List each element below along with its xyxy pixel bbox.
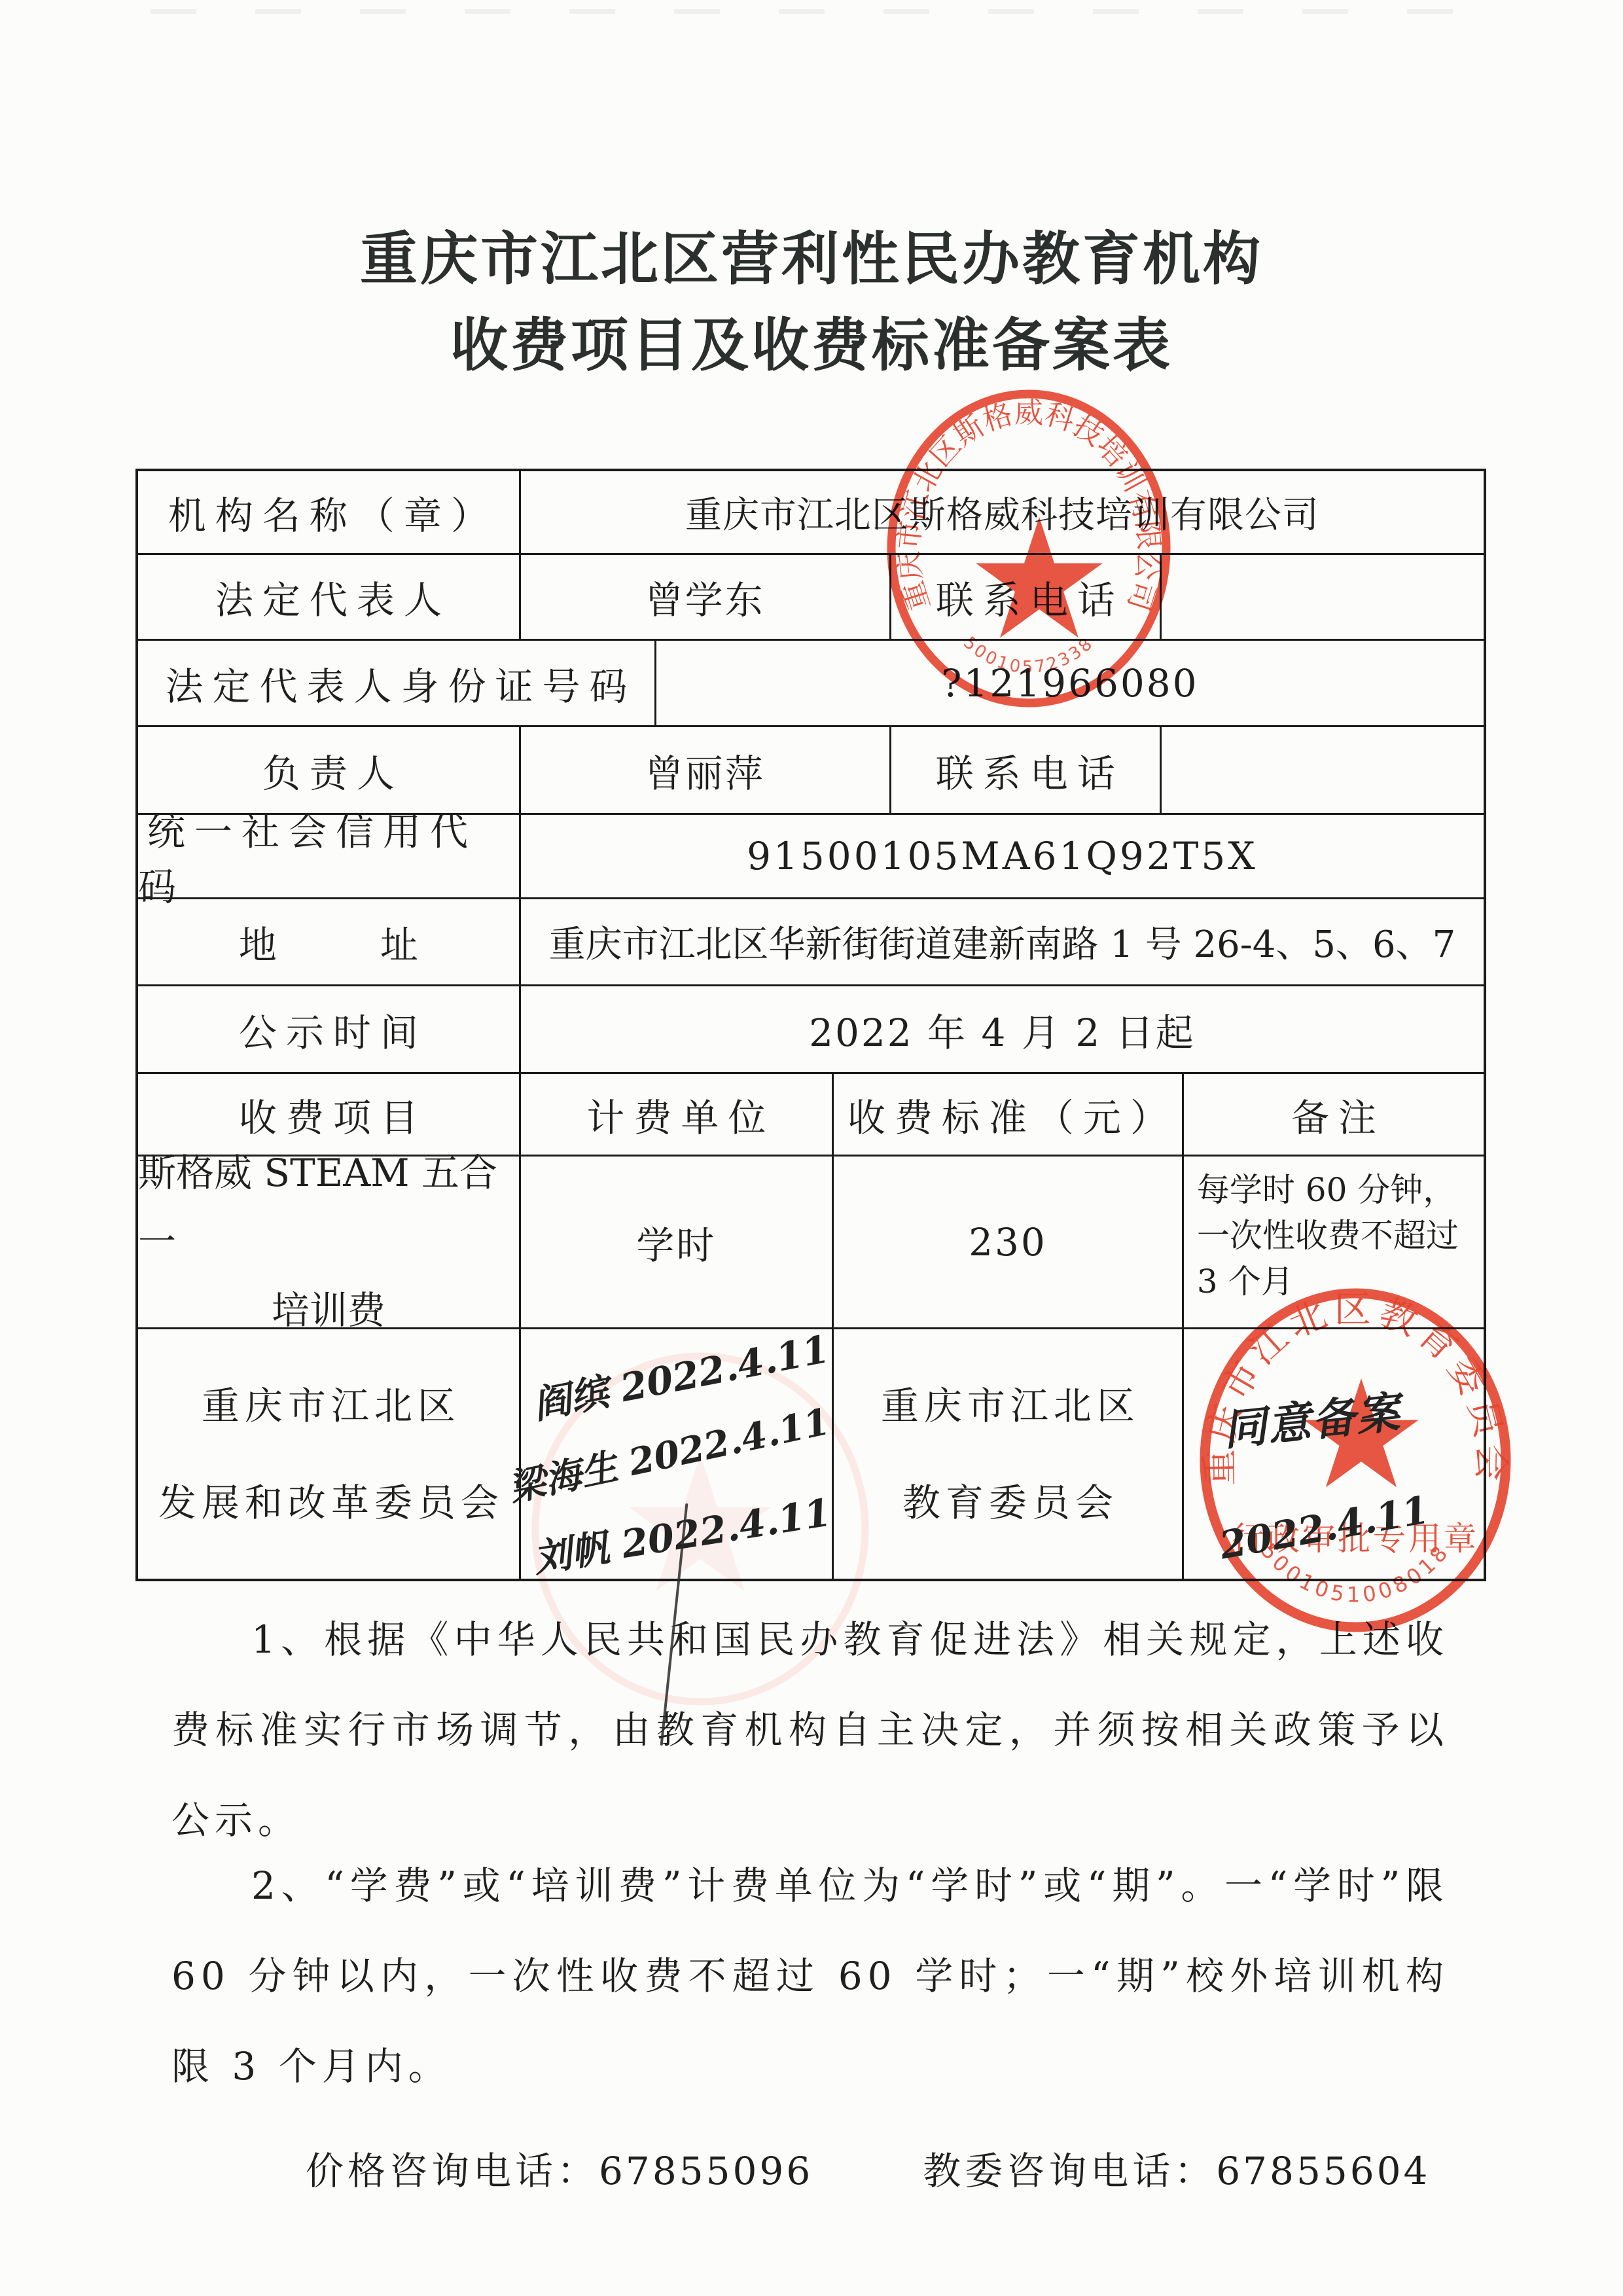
approval-right-committee: 重庆市江北区 教育委员会 [834, 1329, 1184, 1579]
row-org-name: 机构名称（章） 重庆市江北区斯格威科技培训有限公司 [138, 471, 1484, 555]
fee-header-unit: 计费单位 [521, 1074, 834, 1155]
publicity-date-value: 2022 年 4 月 2 日起 [521, 986, 1484, 1072]
address-label: 地 址 [138, 899, 521, 984]
edu-phone-label: 教委咨询电话： [923, 2149, 1216, 2193]
scan-artifact [151, 9, 1479, 14]
fee-item-name-line1: 斯格威 STEAM 五合一 [138, 1139, 519, 1276]
org-name-label: 机构名称（章） [138, 471, 521, 553]
org-seal-serial: 50010572338 [959, 633, 1098, 677]
fee-header-remark: 备注 [1184, 1074, 1484, 1155]
principal-phone-label: 联系电话 [891, 727, 1162, 813]
price-phone-label: 价格咨询电话： [306, 2149, 599, 2193]
publicity-date-label: 公示时间 [138, 986, 521, 1072]
row-credit-code: 统一社会信用代码 91500105MA61Q92T5X [138, 815, 1484, 899]
address-value: 重庆市江北区华新街街道建新南路 1 号 26-4、5、6、7 [521, 899, 1484, 984]
fee-standard-value: 230 [834, 1157, 1184, 1327]
row-address: 地 址 重庆市江北区华新街街道建新南路 1 号 26-4、5、6、7 [138, 899, 1484, 986]
page-title-line1: 重庆市江北区营利性民办教育机构 [0, 216, 1623, 302]
fee-unit-value: 学时 [521, 1157, 834, 1327]
org-round-seal-icon: 重庆市江北区斯格威科技培训有限公司 50010572338 [872, 387, 1186, 709]
edu-phone-number: 67855604 [1216, 2149, 1430, 2193]
approval-right-line1: 重庆市江北区 [876, 1357, 1140, 1454]
approval-right-line2: 教育委员会 [897, 1454, 1118, 1551]
legal-rep-label: 法定代表人 [138, 555, 521, 639]
legal-rep-value: 曾学东 [521, 555, 891, 639]
document-title: 重庆市江北区营利性民办教育机构 收费项目及收费标准备案表 [0, 216, 1623, 389]
row-id-number: 法定代表人身份证号码 ?121966080 [138, 641, 1484, 727]
fee-item-name: 斯格威 STEAM 五合一 培训费 [138, 1157, 521, 1327]
credit-code-label: 统一社会信用代码 [138, 815, 521, 897]
id-number-label: 法定代表人身份证号码 [138, 641, 656, 725]
principal-phone-value [1162, 727, 1484, 813]
price-phone-number: 67855096 [599, 2149, 813, 2193]
approval-left-committee: 重庆市江北区 发展和改革委员会 [138, 1329, 521, 1579]
row-legal-rep: 法定代表人 曾学东 联系电话 [138, 555, 1484, 641]
svg-text:50010572338: 50010572338 [959, 633, 1098, 677]
credit-code-value: 91500105MA61Q92T5X [521, 815, 1484, 897]
education-committee-seal-icon: 重庆市江北区教育委员会 行政审批专用章 5001051008018 [1196, 1288, 1514, 1632]
note-2: 2、“学费”或“培训费”计费单位为“学时”或“期”。一“学时”限 60 分钟以内… [171, 1840, 1449, 2111]
contact-phones: 价格咨询电话：67855096教委咨询电话：67855604 [171, 2126, 1449, 2216]
principal-label: 负责人 [138, 727, 521, 813]
page-title-line2: 收费项目及收费标准备案表 [0, 302, 1623, 389]
row-publicity-date: 公示时间 2022 年 4 月 2 日起 [138, 986, 1484, 1074]
approval-left-line2: 发展和改革委员会 [153, 1454, 504, 1551]
approval-left-line1: 重庆市江北区 [196, 1357, 461, 1454]
fee-header-standard: 收费标准（元） [834, 1074, 1184, 1155]
principal-value: 曾丽萍 [521, 727, 891, 813]
legal-rep-phone-value [1162, 555, 1484, 639]
